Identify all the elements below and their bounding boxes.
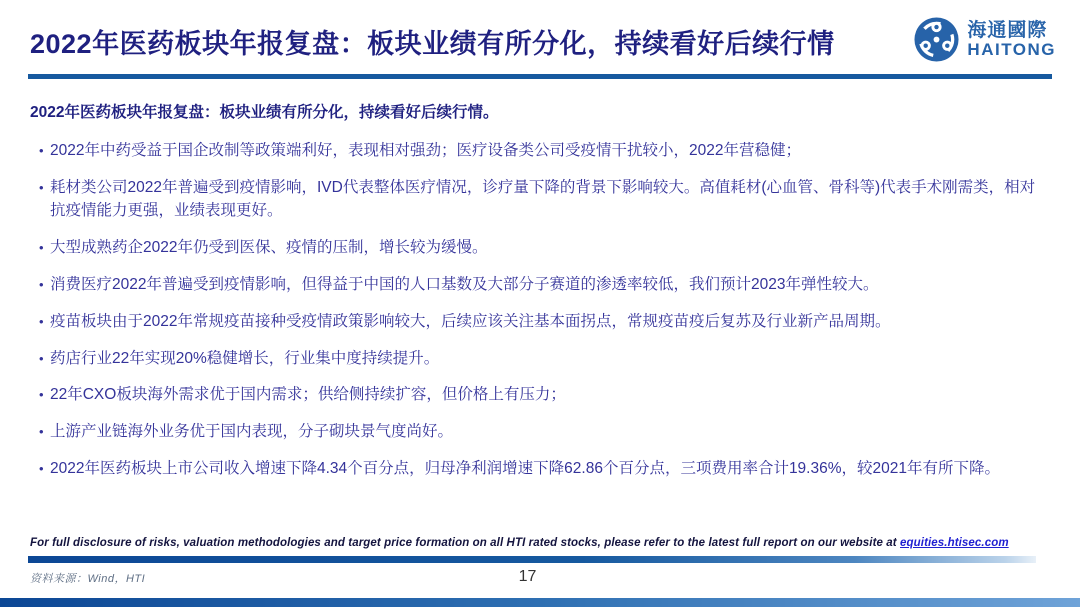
bullet-marker-icon: •: [30, 139, 50, 162]
bullet-text: 2022年中药受益于国企改制等政策端利好，表现相对强劲；医疗设备类公司受疫情干扰…: [50, 139, 1046, 162]
disclosure-note: For full disclosure of risks, valuation …: [30, 537, 1050, 549]
bullet-item: • 2022年中药受益于国企改制等政策端利好，表现相对强劲；医疗设备类公司受疫情…: [30, 139, 1046, 162]
footer-divider: [28, 556, 1036, 563]
disclosure-link[interactable]: equities.htisec.com: [900, 537, 1009, 549]
logo-cn-label: 海通國際: [967, 21, 1056, 41]
slide-header: 2022年医药板块年报复盘：板块业绩有所分化，持续看好后续行情 海通國際 HAI…: [0, 0, 1080, 79]
bullet-text: 消费医疗2022年普遍受到疫情影响，但得益于中国的人口基数及大部分子赛道的渗透率…: [50, 273, 1046, 296]
bullet-marker-icon: •: [30, 176, 50, 223]
bullet-text: 22年CXO板块海外需求优于国内需求；供给侧持续扩容，但价格上有压力；: [50, 383, 1046, 406]
haitong-emblem-icon: [913, 16, 960, 63]
bullet-marker-icon: •: [30, 347, 50, 370]
bullet-item: • 药店行业22年实现20%稳健增长，行业集中度持续提升。: [30, 347, 1046, 370]
bullet-marker-icon: •: [30, 420, 50, 443]
bottom-bar: [0, 598, 1080, 607]
footer-row: 资料来源：Wind，HTI 17: [30, 569, 1034, 591]
bullet-text: 大型成熟药企2022年仍受到医保、疫情的压制，增长较为缓慢。: [50, 236, 1046, 259]
title-row: 2022年医药板块年报复盘：板块业绩有所分化，持续看好后续行情 海通國際 HAI…: [0, 0, 1080, 63]
bullet-marker-icon: •: [30, 310, 50, 333]
bullet-text: 药店行业22年实现20%稳健增长，行业集中度持续提升。: [50, 347, 1046, 370]
disclosure-text: For full disclosure of risks, valuation …: [30, 537, 900, 549]
bullet-item: • 2022年医药板块上市公司收入增速下降4.34个百分点，归母净利润增速下降6…: [30, 457, 1046, 480]
bullet-item: • 疫苗板块由于2022年常规疫苗接种受疫情政策影响较大，后续应该关注基本面拐点…: [30, 310, 1046, 333]
bullet-text: 2022年医药板块上市公司收入增速下降4.34个百分点，归母净利润增速下降62.…: [50, 457, 1046, 480]
slide: 2022年医药板块年报复盘：板块业绩有所分化，持续看好后续行情 海通國際 HAI…: [0, 0, 1080, 607]
logo-text: 海通國際 HAITONG: [967, 21, 1056, 59]
haitong-logo: 海通國際 HAITONG: [913, 16, 1056, 63]
bullet-marker-icon: •: [30, 383, 50, 406]
bullet-item: • 大型成熟药企2022年仍受到医保、疫情的压制，增长较为缓慢。: [30, 236, 1046, 259]
slide-body: 2022年医药板块年报复盘：板块业绩有所分化，持续看好后续行情。 • 2022年…: [0, 79, 1080, 481]
bullet-item: • 22年CXO板块海外需求优于国内需求；供给侧持续扩容，但价格上有压力；: [30, 383, 1046, 406]
bullet-text: 疫苗板块由于2022年常规疫苗接种受疫情政策影响较大，后续应该关注基本面拐点，常…: [50, 310, 1046, 333]
bullet-item: • 消费医疗2022年普遍受到疫情影响，但得益于中国的人口基数及大部分子赛道的渗…: [30, 273, 1046, 296]
source-note: 资料来源：Wind，HTI: [30, 573, 145, 585]
logo-en-label: HAITONG: [967, 41, 1056, 59]
content-heading: 2022年医药板块年报复盘：板块业绩有所分化，持续看好后续行情。: [30, 100, 1046, 122]
bullet-text: 耗材类公司2022年普遍受到疫情影响，IVD代表整体医疗情况，诊疗量下降的背景下…: [50, 176, 1046, 223]
bullet-marker-icon: •: [30, 273, 50, 296]
page-title: 2022年医药板块年报复盘：板块业绩有所分化，持续看好后续行情: [30, 28, 913, 60]
slide-footer: For full disclosure of risks, valuation …: [0, 537, 1080, 607]
bullet-list: • 2022年中药受益于国企改制等政策端利好，表现相对强劲；医疗设备类公司受疫情…: [30, 139, 1046, 481]
bullet-marker-icon: •: [30, 457, 50, 480]
page-number: 17: [519, 568, 537, 586]
bullet-item: • 上游产业链海外业务优于国内表现，分子砌块景气度尚好。: [30, 420, 1046, 443]
bullet-text: 上游产业链海外业务优于国内表现，分子砌块景气度尚好。: [50, 420, 1046, 443]
bullet-item: • 耗材类公司2022年普遍受到疫情影响，IVD代表整体医疗情况，诊疗量下降的背…: [30, 176, 1046, 223]
bullet-marker-icon: •: [30, 236, 50, 259]
